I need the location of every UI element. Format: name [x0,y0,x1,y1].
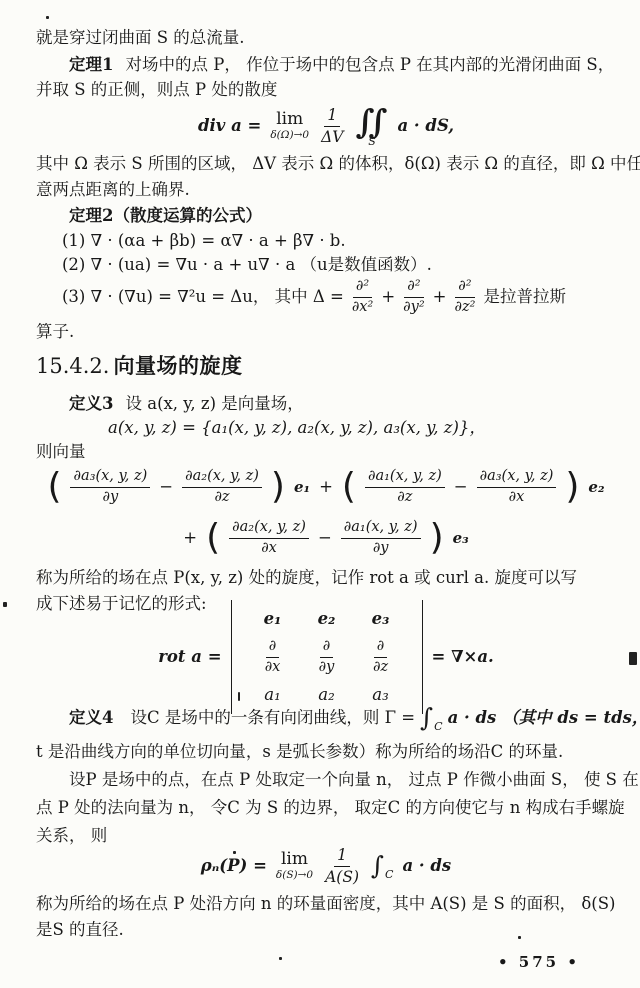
closing-line1: 称为所给的场在点 P 处沿方向 n 的环量面密度，其中 A(S) 是 S 的面积… [36,892,616,916]
curl-expression-line2: + ( ∂a₂(x, y, z) ∂x − ∂a₁(x, y, z) ∂y ) … [36,514,616,562]
left-paren: ( [206,522,220,554]
plus-sign: + [381,285,395,309]
curl-fraction-4: ∂a₃(x, y, z) ∂x [477,467,557,507]
det-cell-e1: e₁ [264,607,282,631]
laplace-fraction-y: ∂² ∂y² [400,277,428,317]
det-cell-a2: a₂ [318,683,334,707]
basis-vector-e3: e₃ [453,526,469,550]
line-integral: ∫ C [371,855,393,878]
scan-speck [3,602,7,607]
divergence-formula: div a = lim δ(Ω)→0 1 ΔV ∬ S a · dS, [36,100,616,152]
integral-symbol: ∫ [420,707,433,730]
limit-operator: lim δ(Ω)→0 [270,111,309,141]
minus-sign: − [159,475,173,499]
det-cell-a1: a₁ [264,683,280,707]
right-paren: ) [565,471,579,503]
theorem1-label: 定理1 [69,55,113,74]
rot-name-line1: 称为所给的场在点 P(x, y, z) 处的旋度，记作 rot a 或 curl… [36,566,616,590]
determinant-lhs: rot a = [158,645,221,669]
det-cell-ddx: ∂ ∂x [262,637,284,677]
plus-sign: + [433,285,447,309]
left-paren: ( [342,471,356,503]
divergence-identity-1: (1) ∇ · (αa + βb) = α∇ · a + β∇ · b. [36,229,616,253]
scan-speck [279,957,282,960]
then-vector-line: 则向量 [36,440,616,464]
curl-expression-line1: ( ∂a₃(x, y, z) ∂y − ∂a₂(x, y, z) ∂z ) e₁… [36,462,616,512]
integral-subscript: C [385,869,393,880]
line-integral: ∫ C [420,707,442,730]
fraction-denominator: A(S) [322,867,362,888]
theorem2-line: 定理2（散度运算的公式） [36,204,616,228]
identity3-text-end: 是拉普拉斯 [483,285,566,309]
basis-vector-e1: e₁ [294,475,310,499]
integral-subscript: C [434,721,442,732]
theorem1-line2: 并取 S 的正侧，则点 P 处的散度 [36,78,616,102]
integral-symbol: ∫ [371,855,384,878]
right-paren: ) [430,522,444,554]
vector-field-components-formula: a(x, y, z) = {a₁(x, y, z), a₂(x, y, z), … [36,416,616,440]
scanned-textbook-page: 就是穿过闭曲面 S 的总流量. 定理1对场中的点 P， 作位于场中的包含点 P … [0,0,640,988]
rot-determinant-formula: rot a = e₁ e₂ e₃ ∂ ∂x ∂ ∂y ∂ ∂z a₁ a₂ a₃… [36,612,616,702]
right-paren: ) [271,471,285,503]
divergence-identity-2: (2) ∇ · (ua) = ∇u · a + u∇ · a （u是数值函数）. [36,253,616,277]
plus-sign: + [183,526,197,550]
definition3-text: 设 a(x, y, z) 是向量场， [125,394,303,413]
laplacian-operator-line: 算子. [36,320,616,344]
divergence-formula-lhs: div a = [198,114,261,138]
plus-sign: + [319,475,333,499]
minus-sign: − [318,526,332,550]
definition4-line: 定义4 设C 是场中的一条有向闭曲线，则 Γ = ∫ C a · ds （其中 … [36,706,616,730]
rho-formula-rhs: a · ds [402,854,451,878]
definition4-text1: 设C 是场中的一条有向闭曲线，则 Γ = [130,706,415,730]
theorem2-label: 定理2 [69,206,113,225]
double-integral-symbol: ∬ [355,105,388,138]
determinant-rhs: = ∇×a. [432,645,494,669]
area-fraction: 1 A(S) [322,845,362,888]
curl-fraction-2: ∂a₂(x, y, z) ∂z [182,467,262,507]
minus-sign: − [454,475,468,499]
det-cell-e2: e₂ [318,607,336,631]
lim-symbol: lim [281,851,308,868]
surface-paragraph-line1: 设P 是场中的点，在点 P 处取定一个向量 n， 过点 P 作微小曲面 S， 使… [36,768,616,792]
section-number: 15.4.2. [36,354,109,378]
limit-operator: lim δ(S)→0 [276,851,313,881]
curl-fraction-6: ∂a₁(x, y, z) ∂y [341,518,421,558]
definition3-line: 定义3设 a(x, y, z) 是向量场， [36,392,616,416]
omega-paragraph-line1: 其中 Ω 表示 S 所围的区域， ΔV 表示 Ω 的体积，δ(Ω) 表示 Ω 的… [36,152,616,176]
laplace-fraction-z: ∂² ∂z² [451,277,478,317]
definition4-label: 定义4 [69,706,113,730]
definition3-label: 定义3 [69,394,113,413]
closing-line2: 是S 的直径. [36,918,616,942]
curl-fraction-3: ∂a₁(x, y, z) ∂z [365,467,445,507]
det-cell-ddz: ∂ ∂z [370,637,391,677]
theorem1-text: 对场中的点 P， 作位于场中的包含点 P 在其内部的光滑闭曲面 S， [125,55,614,74]
scan-speck [518,936,521,939]
fraction-numerator: 1 [334,845,350,867]
scan-edge-mark [629,652,637,665]
omega-paragraph-line2: 意两点距离的上确界. [36,178,616,202]
section-heading: 15.4.2.向量场的旋度 [36,354,616,380]
theorem2-title: （散度运算的公式） [113,206,262,225]
laplace-fraction-x: ∂² ∂x² [349,277,377,317]
lim-symbol: lim [276,111,303,128]
double-integral-subscript: S [368,136,376,147]
circulation-density-formula: ρₙ(P) = lim δ(S)→0 1 A(S) ∫ C a · ds [36,842,616,890]
surface-paragraph-line2: 点 P 处的法向量为 n， 令C 为 S 的边界， 取定C 的方向使它与 n 构… [36,796,616,820]
determinant-matrix: e₁ e₂ e₃ ∂ ∂x ∂ ∂y ∂ ∂z a₁ a₂ a₃ [231,600,423,714]
det-cell-a3: a₃ [372,683,388,707]
fraction-denominator: ΔV [318,127,346,148]
curl-fraction-1: ∂a₃(x, y, z) ∂y [70,467,150,507]
det-cell-e3: e₃ [372,607,390,631]
lim-subscript: δ(Ω)→0 [270,130,309,141]
scan-speck [233,851,236,854]
section-title: 向量场的旋度 [113,353,242,378]
det-cell-ddy: ∂ ∂y [316,637,338,677]
scan-speck [238,692,240,701]
lim-subscript: δ(S)→0 [276,870,313,881]
volume-fraction: 1 ΔV [318,105,346,148]
definition4-text2: a · ds （其中 ds = tds， [448,706,640,730]
identity3-text: (3) ∇ · (∇u) = ∇²u = Δu， 其中 Δ = [62,285,344,309]
divergence-formula-rhs: a · dS, [397,114,454,138]
divergence-identity-3: (3) ∇ · (∇u) = ∇²u = Δu， 其中 Δ = ∂² ∂x² +… [36,275,616,319]
theorem1-line1: 定理1对场中的点 P， 作位于场中的包含点 P 在其内部的光滑闭曲面 S， [36,53,616,77]
intro-line: 就是穿过闭曲面 S 的总流量. [36,26,616,50]
double-integral: ∬ S [355,105,388,147]
scan-speck [46,16,49,19]
fraction-numerator: 1 [324,105,340,127]
basis-vector-e2: e₂ [588,475,604,499]
curl-fraction-5: ∂a₂(x, y, z) ∂x [229,518,309,558]
definition4-line2: t 是沿曲线方向的单位切向量，s 是弧长参数）称为所给的场沿C 的环量. [36,740,616,764]
left-paren: ( [47,471,61,503]
page-number: • 575 • [498,953,580,971]
rho-formula-lhs: ρₙ(P) = [201,854,267,878]
